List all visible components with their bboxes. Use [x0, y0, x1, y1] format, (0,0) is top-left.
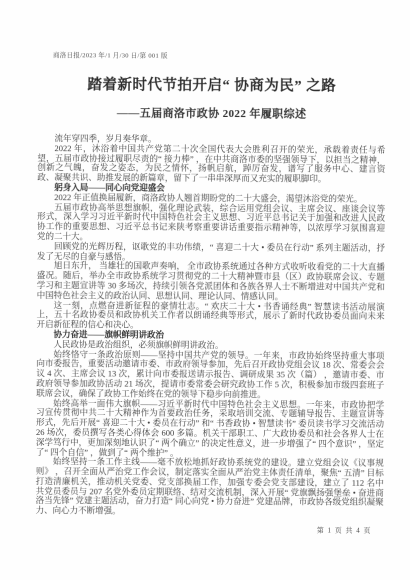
- page-number: 第 1 页 共 4 页: [35, 524, 383, 536]
- article-title: 踏着新时代节拍开启“ 协商为民” 之路: [38, 73, 386, 96]
- article-body: 流年穿四季，岁月奏华章。 2022 年，沐浴着中国共产党第二十次全国代表大会胜利…: [36, 134, 386, 518]
- article-sheet: 商洛日报/2023 年/1 月/30 日/第 001 版 踏着新时代节拍开启“ …: [35, 50, 386, 536]
- paragraph: 始终坚持一条工作主线——毫不放松地抓好政协系统党的建设。建立党组会议《议事规则》…: [36, 457, 384, 518]
- paragraph: 2022 年，沐浴着中国共产党第二十次全国代表大会胜利召开的荣光，承载着责任与希…: [37, 144, 385, 185]
- paragraph: 这一刻，点燃奋进新征程的豪情壮志。“ 欢庆二十大 • 书香诵经典” 智慧读书活动…: [37, 301, 385, 332]
- article-subtitle: ——五届商洛市政协 2022 年履职综述: [38, 104, 386, 122]
- scanned-document-page: 商洛日报/2023 年/1 月/30 日/第 001 版 踏着新时代节拍开启“ …: [0, 0, 410, 580]
- paragraph: 始终高举一面伟大旗帜——习近平新时代中国特色社会主义思想。一年来，市政协把学习宣…: [36, 399, 384, 460]
- paragraph: 始终恪守一条政治原则——坚持中国共产党的领导。一年来，市政协始终坚持重大事项向市…: [36, 350, 384, 401]
- paragraph: 五届市政协高举思想旗帜，强化理论武装，综合运用党组会议、主席会议、座谈会议等形式…: [37, 203, 385, 244]
- masthead-line: 商洛日报/2023 年/1 月/30 日/第 001 版: [53, 50, 386, 61]
- paragraph: 旭日东升， 当雄壮的国歌声奏响， 全市政协系统通过各种方式收听收看党的二十大直播…: [37, 261, 385, 302]
